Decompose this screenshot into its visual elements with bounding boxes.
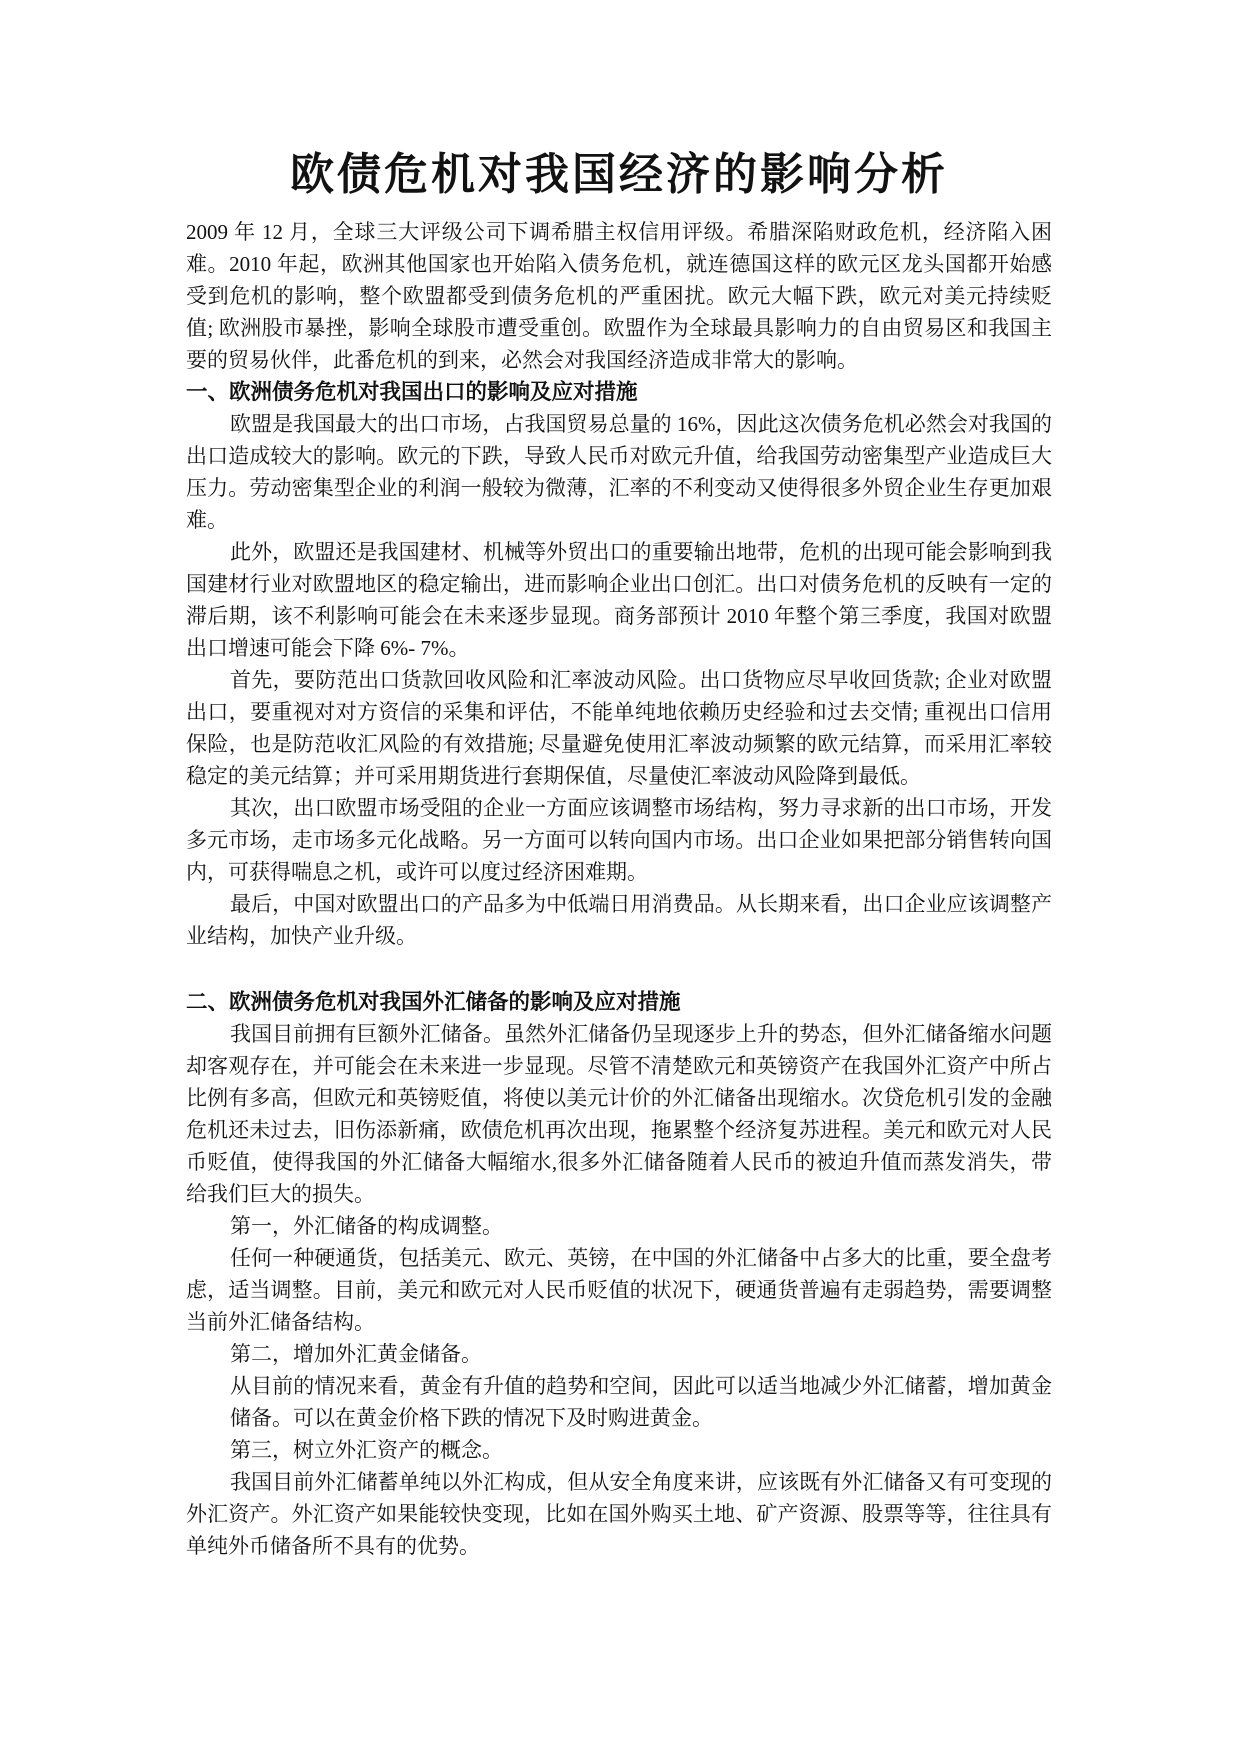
- paragraph-list-item-3: 第三，树立外汇资产的概念。: [186, 1434, 1052, 1466]
- paragraph: 最后，中国对欧盟出口的产品多为中低端日用消费品。从长期来看，出口企业应该调整产业…: [186, 888, 1052, 952]
- document-content: 欧债危机对我国经济的影响分析 2009 年 12 月，全球三大评级公司下调希腊主…: [186, 146, 1052, 1562]
- paragraph: 其次，出口欧盟市场受阻的企业一方面应该调整市场结构，努力寻求新的出口市场，开发多…: [186, 792, 1052, 888]
- paragraph-list-item-2: 第二，增加外汇黄金储备。: [186, 1338, 1052, 1370]
- document-page: 欧债危机对我国经济的影响分析 2009 年 12 月，全球三大评级公司下调希腊主…: [0, 0, 1241, 1754]
- paragraph: 任何一种硬通货，包括美元、欧元、英镑，在中国的外汇储备中占多大的比重，要全盘考虑…: [186, 1242, 1052, 1338]
- paragraph: 我国目前外汇储蓄单纯以外汇构成，但从安全角度来讲，应该既有外汇储备又有可变现的外…: [186, 1466, 1052, 1562]
- paragraph: 首先，要防范出口货款回收风险和汇率波动风险。出口货物应尽早收回货款; 企业对欧盟…: [186, 664, 1052, 792]
- paragraph: 欧盟是我国最大的出口市场，占我国贸易总量的 16%，因此这次债务危机必然会对我国…: [186, 408, 1052, 536]
- paragraph-intro: 2009 年 12 月，全球三大评级公司下调希腊主权信用评级。希腊深陷财政危机，…: [186, 216, 1052, 376]
- document-title: 欧债危机对我国经济的影响分析: [186, 146, 1052, 204]
- paragraph: 此外，欧盟还是我国建材、机械等外贸出口的重要输出地带，危机的出现可能会影响到我国…: [186, 536, 1052, 664]
- section-heading-2: 二、欧洲债务危机对我国外汇储备的影响及应对措施: [186, 986, 1052, 1018]
- paragraph-list-item-1: 第一，外汇储备的构成调整。: [186, 1210, 1052, 1242]
- section-heading-1: 一、欧洲债务危机对我国出口的影响及应对措施: [186, 376, 1052, 408]
- paragraph: 从目前的情况来看，黄金有升值的趋势和空间，因此可以适当地减少外汇储蓄，增加黄金储…: [230, 1370, 1052, 1434]
- paragraph: 我国目前拥有巨额外汇储备。虽然外汇储备仍呈现逐步上升的势态，但外汇储备缩水问题却…: [186, 1018, 1052, 1210]
